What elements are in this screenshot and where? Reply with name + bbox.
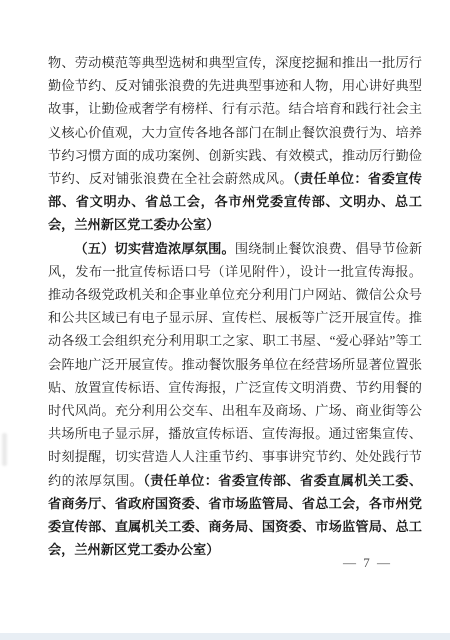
scan-artifact	[2, 433, 7, 466]
paragraph: 物、劳动模范等典型选树和典型宣传，深度挖掘和推出一批厉行勤俭节约、反对铺张浪费的…	[48, 51, 422, 237]
document-page: 物、劳动模范等典型选树和典型宣传，深度挖掘和推出一批厉行勤俭节约、反对铺张浪费的…	[0, 0, 450, 640]
paragraph: （五）切实营造浓厚氛围。围绕制止餐饮浪费、倡导节俭新风，发布一批宣传标语口号（详…	[48, 237, 422, 562]
document-body: 物、劳动模范等典型选树和典型宣传，深度挖掘和推出一批厉行勤俭节约、反对铺张浪费的…	[48, 51, 422, 561]
body-text: 围绕制止餐饮浪费、倡导节俭新风，发布一批宣传标语口号（详见附件），设计一批宣传海…	[48, 241, 422, 488]
page-number: — 7 —	[343, 555, 392, 571]
section-heading: （五）切实营造浓厚氛围。	[74, 241, 235, 256]
body-text: 物、劳动模范等典型选树和典型宣传，深度挖掘和推出一批厉行勤俭节约、反对铺张浪费的…	[48, 55, 422, 186]
footer-strip	[0, 633, 450, 640]
